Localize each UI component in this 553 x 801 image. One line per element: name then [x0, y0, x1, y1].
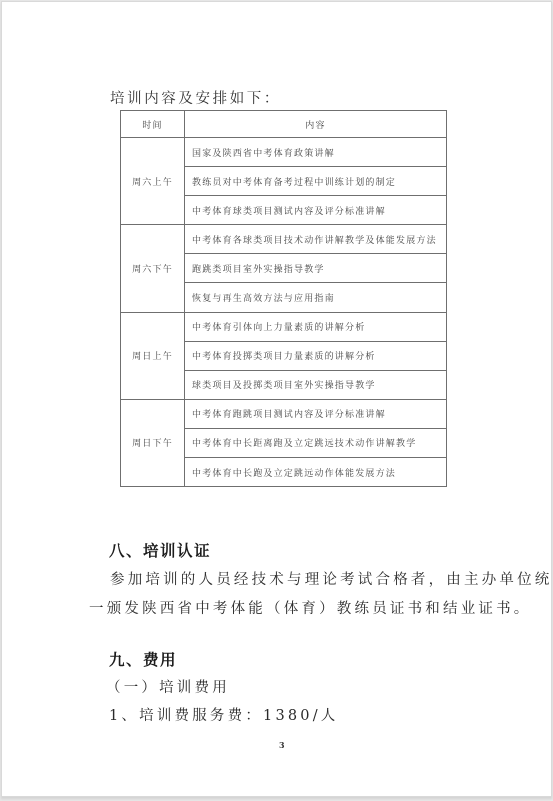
content-cell: 恢复与再生高效方法与应用指南 — [185, 283, 447, 312]
content-cell: 国家及陕西省中考体育政策讲解 — [185, 138, 447, 167]
content-cell: 中考体育各球类项目技术动作讲解教学及体能发展方法 — [185, 225, 447, 254]
table-row: 周六上午 国家及陕西省中考体育政策讲解 — [121, 138, 447, 167]
header-time: 时间 — [121, 111, 185, 138]
schedule-intro: 培训内容及安排如下： — [110, 87, 281, 108]
time-cell: 周日上午 — [121, 312, 185, 399]
content-cell: 中考体育投掷类项目力量素质的讲解分析 — [185, 341, 447, 370]
section-heading-certification: 八、培训认证 — [109, 539, 211, 561]
table-row: 周日上午 中考体育引体向上力量素质的讲解分析 — [121, 312, 447, 341]
content-cell: 中考体育球类项目测试内容及评分标准讲解 — [185, 196, 447, 225]
content-cell: 中考体育中长距离跑及立定跳远技术动作讲解教学 — [185, 428, 447, 457]
time-cell: 周日下午 — [121, 399, 185, 486]
content-cell: 中考体育跑跳项目测试内容及评分标准讲解 — [185, 399, 447, 428]
certification-paragraph-line1: 参加培训的人员经技术与理论考试合格者，由主办单位统 — [110, 568, 553, 589]
document-page: 培训内容及安排如下： 时间 内容 周六上午 国家及陕西省中考体育政策讲解 教练员… — [1, 1, 552, 797]
time-cell: 周六下午 — [121, 225, 185, 312]
table-row: 周日下午 中考体育跑跳项目测试内容及评分标准讲解 — [121, 399, 447, 428]
page-number: 3 — [279, 740, 285, 750]
content-cell: 球类项目及投掷类项目室外实操指导教学 — [185, 370, 447, 399]
table-row: 周六下午 中考体育各球类项目技术动作讲解教学及体能发展方法 — [121, 225, 447, 254]
header-content: 内容 — [185, 111, 447, 138]
section-heading-fees: 九、费用 — [109, 648, 177, 670]
table-header-row: 时间 内容 — [121, 111, 447, 138]
certification-paragraph-line2: 一颁发陕西省中考体能（体育）教练员证书和结业证书。 — [89, 597, 532, 618]
schedule-table: 时间 内容 周六上午 国家及陕西省中考体育政策讲解 教练员对中考体育备考过程中训… — [120, 110, 447, 487]
content-cell: 中考体育中长跑及立定跳远动作体能发展方法 — [185, 458, 447, 487]
content-cell: 跑跳类项目室外实操指导教学 — [185, 254, 447, 283]
content-cell: 中考体育引体向上力量素质的讲解分析 — [185, 312, 447, 341]
fees-subheading: （一）培训费用 — [106, 676, 230, 697]
content-cell: 教练员对中考体育备考过程中训练计划的制定 — [185, 167, 447, 196]
fee-item: 1、培训费服务费：1380/人 — [109, 704, 339, 725]
time-cell: 周六上午 — [121, 138, 185, 225]
